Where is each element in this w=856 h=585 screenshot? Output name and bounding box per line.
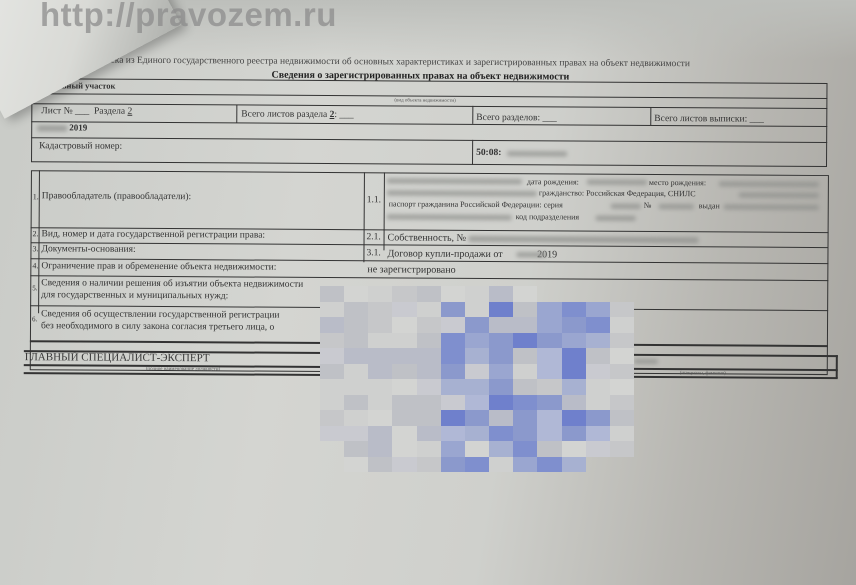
total-sheets-extract: Всего листов выписки: ___	[654, 114, 764, 125]
cadastral-value: 50:08:	[476, 148, 501, 158]
watermark: http://pravozem.ru	[40, 0, 337, 34]
total-sheets-section: Всего листов раздела 2: ___	[241, 109, 353, 120]
row-5-num: 5.	[32, 284, 37, 292]
row-2-value: Собственность, №	[388, 232, 467, 243]
object-type-caption: (вид объекта недвижимости)	[394, 98, 455, 103]
document-header: Выписка из Единого государственного реес…	[88, 56, 690, 70]
redacted-cadastral	[507, 151, 567, 156]
row-4-num: 4.	[32, 261, 38, 270]
row-1-num: 1.	[33, 192, 39, 201]
row-2-num: 2.	[33, 229, 39, 238]
total-sections: Всего разделов: ___	[476, 113, 557, 123]
row-4-value: не зарегистрировано	[367, 264, 455, 276]
row-3-label: Документы-основания:	[41, 244, 135, 255]
row-6-num: 6.	[32, 315, 37, 323]
redacted-stamp	[320, 286, 634, 472]
row-2-sub: 2.1.	[367, 232, 381, 242]
row-6-label: Сведения об осуществлении государственно…	[41, 308, 280, 333]
position-caption: (полное наименование должности)	[146, 367, 220, 372]
sheet-number: Лист № ___ Раздела 2	[41, 106, 132, 117]
signer-position: ГЛАВНЫЙ СПЕЦИАЛИСТ-ЭКСПЕРТ	[25, 351, 210, 364]
date-year: 2019	[69, 122, 87, 132]
row-4-label: Ограничение прав и обременение объекта н…	[41, 261, 276, 272]
row-1-sub: 1.1.	[367, 195, 381, 205]
name-caption: (инициалы, фамилия)	[680, 371, 726, 376]
row-1-label: Правообладатель (правообладатели):	[42, 191, 191, 202]
row-3-sub: 3.1.	[366, 248, 380, 258]
row-3-num: 3.	[32, 244, 38, 253]
cadastral-label: Кадастровый номер:	[39, 141, 122, 152]
row-2-label: Вид, номер и дата государственной регист…	[42, 229, 266, 240]
redacted-date	[37, 125, 67, 131]
row-5-label: Сведения о наличии решения об изъятии об…	[41, 277, 303, 303]
